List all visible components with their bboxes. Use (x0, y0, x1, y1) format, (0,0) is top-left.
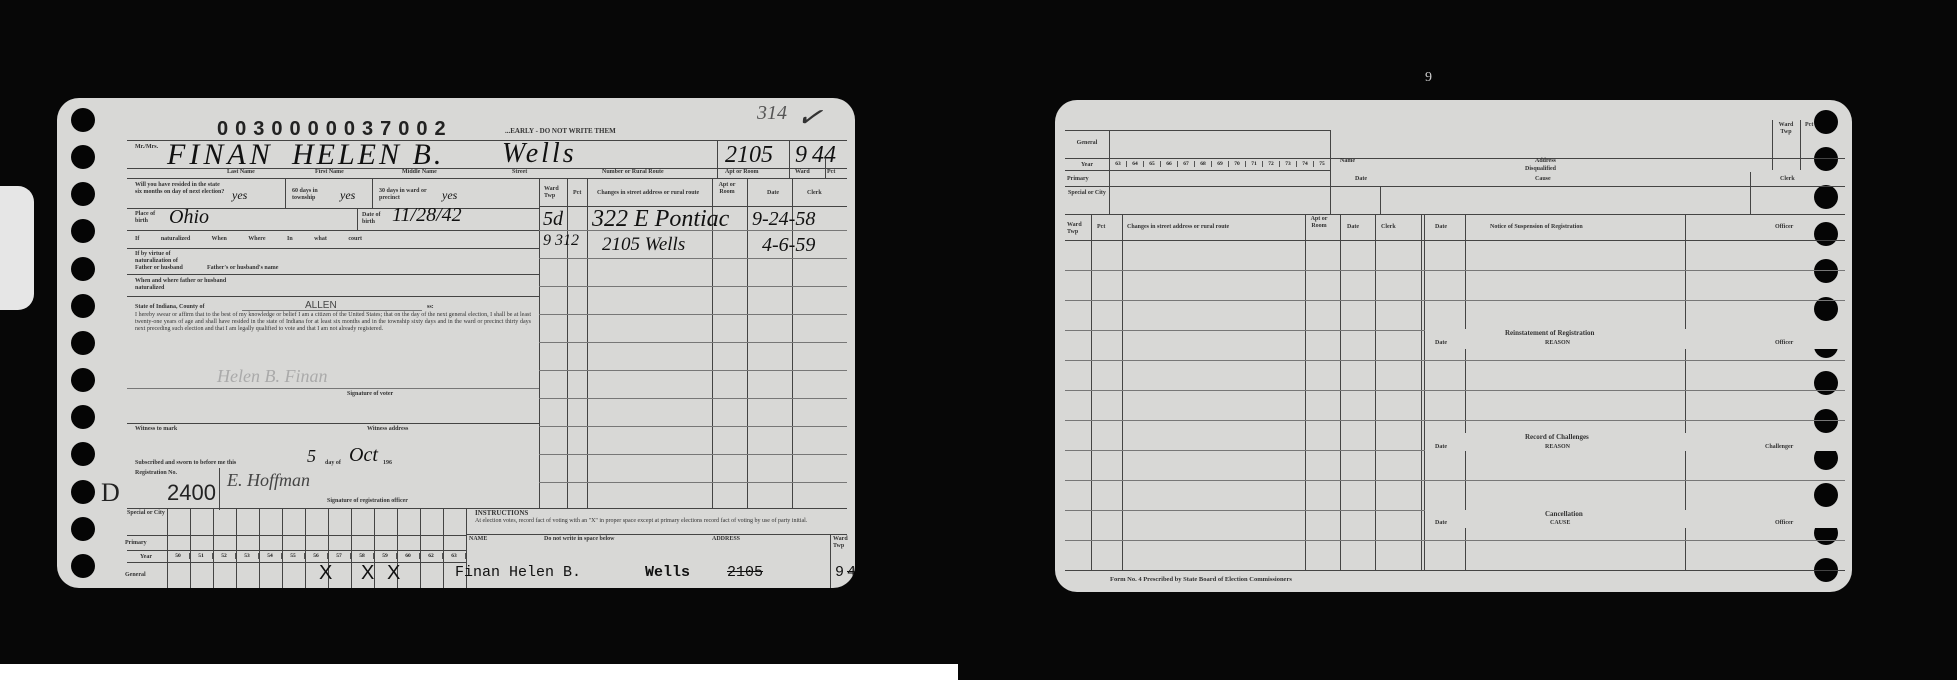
instructions-text: At election votes, record fact of voting… (475, 518, 845, 525)
oath-ss: ss: (427, 304, 434, 311)
col-ward-twp: Ward Twp (544, 186, 564, 200)
label-resided-township: 60 days in township (292, 188, 342, 202)
instructions-title: INSTRUCTIONS (475, 510, 528, 517)
ward: 9 (795, 142, 807, 169)
registration-card-back: General Year Primary Special or City 63 … (1055, 100, 1852, 592)
registration-number: 2400 (167, 480, 216, 506)
row1-date: 9-24-58 (752, 208, 815, 231)
back-label-date: Date (1355, 176, 1367, 183)
cancellation-title: Cancellation (1545, 511, 1583, 518)
back-row-primary: Primary (1067, 176, 1107, 183)
vote-mark-56: X (319, 562, 332, 585)
letter-code: D (101, 478, 120, 508)
challenges-challenger: Challenger (1765, 444, 1793, 451)
pct: 44 (812, 142, 836, 169)
label-by-virtue: If by virtue of naturalization of Father… (135, 251, 195, 272)
typed-street: Wells (645, 564, 690, 581)
vote-mark-60: X (387, 562, 400, 585)
col-date: Date (767, 190, 779, 197)
col-apt-room: Apt or Room (717, 182, 737, 196)
date-of-birth: 11/28/42 (392, 204, 462, 227)
back-col-ward-twp: Ward Twp (1067, 222, 1089, 236)
label-fathers-name: Father's or husband's name (207, 265, 278, 272)
label-witness-mark: Witness to mark (135, 426, 177, 433)
label-first-name: First Name (315, 169, 344, 176)
label-witness-address: Witness address (367, 426, 408, 433)
label-when-where: When and where father or husband natural… (135, 278, 235, 292)
punch-holes (71, 108, 95, 578)
row1-address: 322 E Pontiac (592, 206, 729, 233)
label-number-route: Number or Rural Route (602, 169, 664, 176)
label-name: NAME (469, 536, 487, 543)
label-last-name: Last Name (227, 169, 255, 176)
label-street: Street (512, 169, 527, 176)
form-footer: Form No. 4 Prescribed by State Board of … (1110, 576, 1292, 583)
back-row-general: General (1067, 140, 1107, 147)
label-ward-twp-bottom: Ward Twp (833, 536, 849, 550)
back-label-disqualified: Disqualified (1525, 166, 1556, 173)
row1-ward: 5d (543, 208, 563, 231)
scan-border (0, 664, 958, 680)
back-col-date: Date (1347, 224, 1359, 231)
check-mark: ✓ (794, 98, 825, 137)
reinstatement-officer: Officer (1775, 340, 1793, 347)
back-col-pct: Pct (1097, 224, 1105, 231)
place-of-birth: Ohio (169, 206, 209, 229)
reinstatement-date: Date (1435, 340, 1447, 347)
resided-township-answer: yes (340, 188, 355, 203)
challenges-title: Record of Challenges (1525, 434, 1589, 441)
voter-signature: Helen B. Finan (217, 366, 327, 387)
label-ward: Ward (795, 169, 810, 176)
header-note: ...EARLY - DO NOT WRITE THEM (505, 128, 616, 135)
reinstatement-title: Reinstatement of Registration (1505, 330, 1594, 337)
back-label-pct: Pct (1805, 122, 1813, 129)
last-name: FINAN (167, 138, 274, 172)
challenges-date: Date (1435, 444, 1447, 451)
cancellation-cause: CAUSE (1550, 520, 1570, 527)
label-resided-ward: 30 days in ward or precinct (379, 188, 439, 202)
corner-note: 314 (757, 102, 787, 125)
back-label-cause: Cause (1535, 176, 1551, 183)
row-label-year: Year (125, 554, 167, 561)
row2-ward: 9 312 (543, 232, 579, 250)
label-resided-state: Will you have resided in the state six m… (135, 182, 225, 196)
col-changes: Changes in street address or rural route (597, 190, 699, 197)
back-col-changes: Changes in street address or rural route (1127, 224, 1229, 231)
col-pct: Pct (573, 190, 581, 197)
label-naturalized: If naturalized When Where In what court (135, 236, 435, 243)
label-middle-name: Middle Name (402, 169, 437, 176)
back-label-clerk: Clerk (1780, 176, 1795, 183)
row2-date: 4-6-59 (762, 234, 815, 257)
subscribed-year: 196 (383, 460, 392, 467)
label-date-of-birth: Date of birth (362, 212, 392, 226)
year-row-front: 50 51 52 53 54 55 56 57 58 59 60 62 63 (167, 553, 466, 559)
back-row-year: Year (1067, 162, 1107, 169)
label-registration-no: Registration No. (135, 470, 177, 477)
label-address: ADDRESS (712, 536, 740, 543)
reinstatement-reason: REASON (1545, 340, 1570, 347)
suspension-officer: Officer (1775, 224, 1793, 231)
adjacent-card-edge (0, 186, 34, 310)
cancellation-date: Date (1435, 520, 1447, 527)
back-label-name: Name (1340, 158, 1355, 165)
typed-ward: 9 (835, 564, 844, 581)
subscribed-month: Oct (349, 444, 378, 467)
officer-signature: E. Hoffman (227, 470, 310, 491)
top-mark: 9 (1425, 70, 1432, 86)
oath-state-line: State of Indiana, County of (135, 304, 205, 311)
typed-pct: 44 (847, 564, 855, 581)
col-clerk: Clerk (807, 190, 822, 197)
resided-state-answer: yes (232, 188, 247, 203)
back-label-ward-twp: Ward Twp (1775, 122, 1797, 136)
back-col-clerk: Clerk (1381, 224, 1396, 231)
typed-name: Finan Helen B. (455, 564, 581, 581)
row2-address: 2105 Wells (602, 234, 685, 256)
house-number: 2105 (725, 142, 773, 169)
label-place-of-birth: Place of birth (135, 211, 169, 225)
first-name: HELEN B. (292, 138, 444, 172)
vote-mark-58: X (361, 562, 374, 585)
back-label-address: Address (1535, 158, 1556, 165)
suspension-title: Notice of Suspension of Registration (1490, 224, 1583, 231)
challenges-reason: REASON (1545, 444, 1570, 451)
label-do-not-write: Do not write in space below (544, 536, 615, 543)
title-label: Mr./Mrs. (135, 144, 158, 151)
street: Wells (502, 138, 577, 170)
oath-text: I hereby swear or affirm that to the bes… (135, 312, 531, 333)
row-label-primary: Primary (125, 540, 167, 547)
row-label-general: General (125, 572, 167, 579)
label-subscribed: Subscribed and sworn to before me this (135, 460, 236, 467)
label-voter-signature: Signature of voter (347, 391, 393, 398)
suspension-date: Date (1435, 224, 1447, 231)
cancellation-officer: Officer (1775, 520, 1793, 527)
back-row-special: Special or City (1067, 190, 1107, 197)
registration-card-front: 0030000037002 ...EARLY - DO NOT WRITE TH… (57, 98, 855, 588)
year-row-back: 63 64 65 66 67 68 69 70 71 72 73 74 75 (1110, 161, 1331, 167)
typed-number: 2105 (727, 564, 763, 581)
label-apt-room: Apt or Room (725, 169, 759, 176)
label-pct: Pct (827, 169, 835, 176)
subscribed-day: 5 (307, 446, 316, 467)
back-col-apt-room: Apt or Room (1310, 216, 1328, 230)
label-day-of: day of (325, 460, 341, 467)
row-label-special: Special or City (125, 510, 167, 517)
label-officer-signature: Signature of registration officer (327, 498, 408, 505)
resided-ward-answer: yes (442, 188, 457, 203)
